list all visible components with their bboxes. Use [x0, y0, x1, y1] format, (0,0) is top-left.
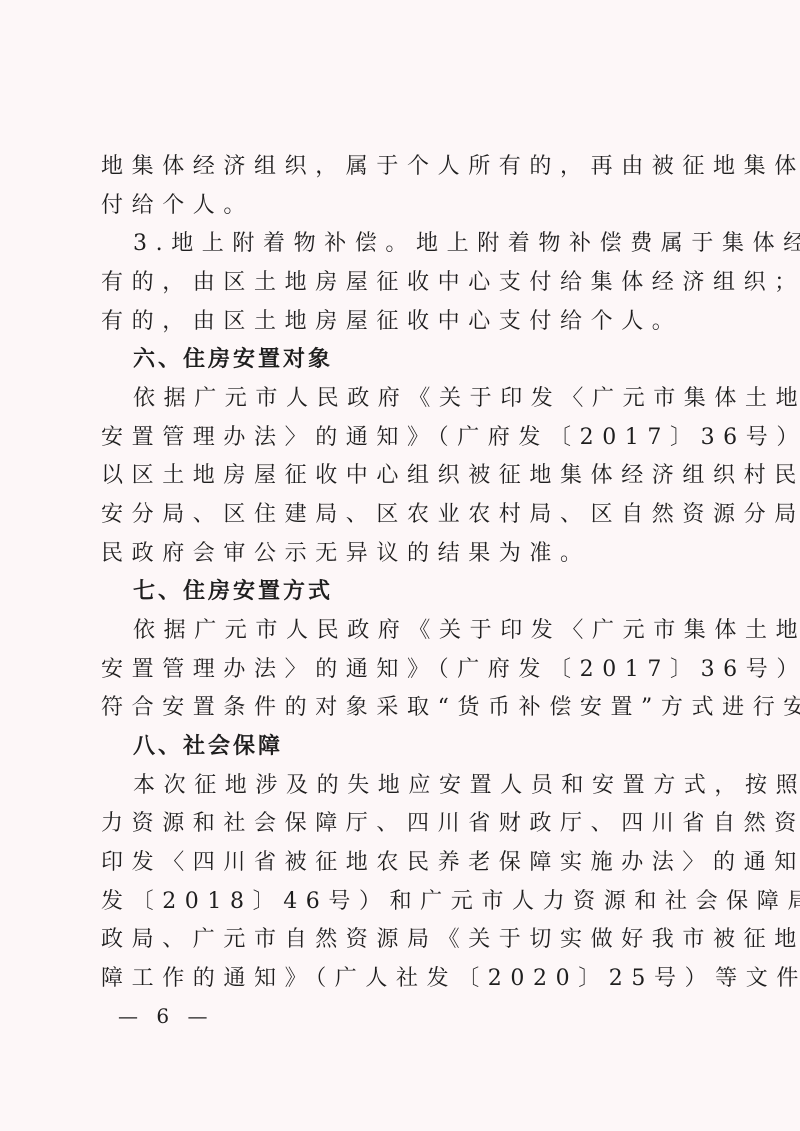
body-line: 3.地上附着物补偿。地上附着物补偿费属于集体经济组织所: [133, 231, 733, 257]
body-line: 地集体经济组织，属于个人所有的，再由被征地集体经济组织支: [101, 154, 701, 180]
section-heading-6: 六、住房安置对象: [133, 347, 733, 373]
body-line: 安置管理办法〉的通知》（广府发〔2017〕36号）文件规定，: [101, 657, 701, 683]
body-line: 印发〈四川省被征地农民养老保障实施办法〉的通知》（川人社: [101, 850, 701, 876]
page-number: — 6 —: [118, 1004, 213, 1028]
body-line: 发〔2018〕46号）和广元市人力资源和社会保障局、广元市财: [101, 889, 701, 915]
body-line: 有的，由区土地房屋征收中心支付给集体经济组织；属于个人所: [101, 270, 701, 296]
body-line: 障工作的通知》（广人社发〔2020〕25号）等文件规定予以社: [101, 966, 701, 992]
body-line: 有的，由区土地房屋征收中心支付给个人。: [101, 309, 701, 335]
document-page: 地集体经济组织，属于个人所有的，再由被征地集体经济组织支 付给个人。 3.地上附…: [0, 0, 800, 1131]
section-heading-8: 八、社会保障: [133, 734, 733, 760]
body-line: 安置管理办法〉的通知》（广府发〔2017〕36号）文件规定，: [101, 425, 701, 451]
section-heading-7: 七、住房安置方式: [133, 579, 733, 605]
body-line: 力资源和社会保障厅、四川省财政厅、四川省自然资源厅《关于: [101, 811, 701, 837]
body-line: 政局、广元市自然资源局《关于切实做好我市被征地农民养老保: [101, 927, 701, 953]
body-line: 依据广元市人民政府《关于印发〈广元市集体土地征收补偿: [133, 618, 733, 644]
body-line: 本次征地涉及的失地应安置人员和安置方式，按照四川省人: [133, 773, 733, 799]
body-line: 民政府会审公示无异议的结果为准。: [101, 541, 701, 567]
body-line: 以区土地房屋征收中心组织被征地集体经济组织村民代表、区公: [101, 463, 701, 489]
body-line: 符合安置条件的对象采取“货币补偿安置”方式进行安置。: [101, 695, 701, 721]
body-line: 付给个人。: [101, 193, 701, 219]
body-line: 依据广元市人民政府《关于印发〈广元市集体土地征收补偿: [133, 386, 733, 412]
body-line: 安分局、区住建局、区农业农村局、区自然资源分局、元坝镇人: [101, 502, 701, 528]
